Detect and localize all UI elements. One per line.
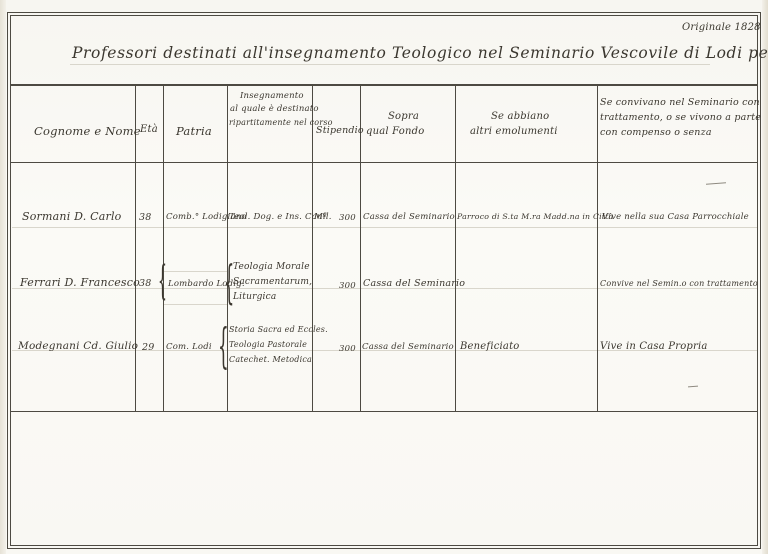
- original-note: Originale 1828: [682, 22, 761, 33]
- row-homeland: Com. Lodi: [166, 342, 212, 352]
- header-other-income-line1: Se abbiano: [491, 111, 549, 122]
- row-name: Modegnani Cd. Giulio: [18, 340, 138, 352]
- header-fund-line2: qual Fondo: [366, 126, 424, 137]
- row-lodging: Vive nella sua Casa Parrocchiale: [602, 212, 749, 222]
- column-divider: [163, 84, 164, 412]
- row-age: 29: [142, 342, 155, 353]
- row-name: Ferrari D. Francesco: [20, 276, 140, 289]
- header-top-rule: [10, 84, 758, 86]
- header-bottom-rule: [10, 162, 758, 163]
- row-salary: 300: [339, 213, 356, 223]
- page-edge-right: [762, 0, 768, 554]
- title-guide-line: [70, 64, 710, 65]
- brace-icon: {: [158, 258, 167, 304]
- header-subject-line1: Insegnamento: [240, 91, 304, 102]
- row-salary: 300: [339, 281, 356, 291]
- row-fund: Cassa del Seminario: [363, 278, 465, 289]
- row-subject-line2: Sacramentarum,: [233, 276, 312, 289]
- cell-guide-line: [163, 304, 227, 305]
- row-subject-line1: Storia Sacra ed Eccles.: [229, 323, 328, 336]
- cell-guide-line: [163, 271, 227, 272]
- header-lodging-line3: con compenso o senza: [600, 126, 712, 140]
- row-age: 38: [139, 212, 152, 223]
- manuscript-page: Originale 1828 Professori destinati all'…: [0, 0, 768, 554]
- row-subject-line2: Teologia Pastorale: [229, 338, 307, 351]
- header-fund-line1: Sopra: [388, 111, 419, 122]
- row-salary-prefix: Mil.: [314, 212, 332, 222]
- header-age: Età: [140, 124, 158, 135]
- row-fund: Cassa del Seminario: [363, 212, 455, 222]
- row-salary: 300: [339, 344, 356, 354]
- row-other-income: Parroco di S.ta M.ra Madd.na in Città: [457, 212, 613, 221]
- row-guide-line: [12, 227, 757, 228]
- row-age: 38: [139, 278, 152, 289]
- row-lodging: Convive nel Semin.o con trattamento: [600, 279, 758, 288]
- column-divider: [597, 84, 598, 412]
- document-title: Professori destinati all'insegnamento Te…: [72, 44, 768, 62]
- row-subject-line3: Catechet. Metodica: [229, 353, 312, 366]
- row-subject-line1: Teologia Morale: [233, 261, 310, 274]
- row-lodging: Vive in Casa Propria: [600, 341, 708, 352]
- column-divider: [312, 84, 313, 412]
- header-lodging-line1: Se convivano nel Seminario con: [600, 96, 760, 110]
- row-name: Sormani D. Carlo: [22, 210, 122, 223]
- brace-icon: {: [218, 318, 229, 374]
- page-edge-left: [0, 0, 6, 554]
- row-fund: Cassa del Seminario: [362, 342, 454, 352]
- table-bottom-rule: [10, 411, 758, 412]
- header-name: Cognome e Nome: [34, 124, 141, 138]
- header-lodging-line2: trattamento, o se vivono a parte: [600, 111, 761, 125]
- header-homeland: Patria: [176, 124, 212, 138]
- header-subject-line2: al quale è destinato: [230, 104, 319, 115]
- row-subject-line3: Liturgica: [233, 291, 276, 304]
- row-subject: Teol. Dog. e Ins. Canº: [229, 212, 327, 222]
- column-divider: [455, 84, 456, 412]
- row-other-income: Beneficiato: [460, 341, 520, 352]
- header-salary: Stipendio: [316, 125, 364, 136]
- header-other-income-line2: altri emolumenti: [470, 126, 558, 137]
